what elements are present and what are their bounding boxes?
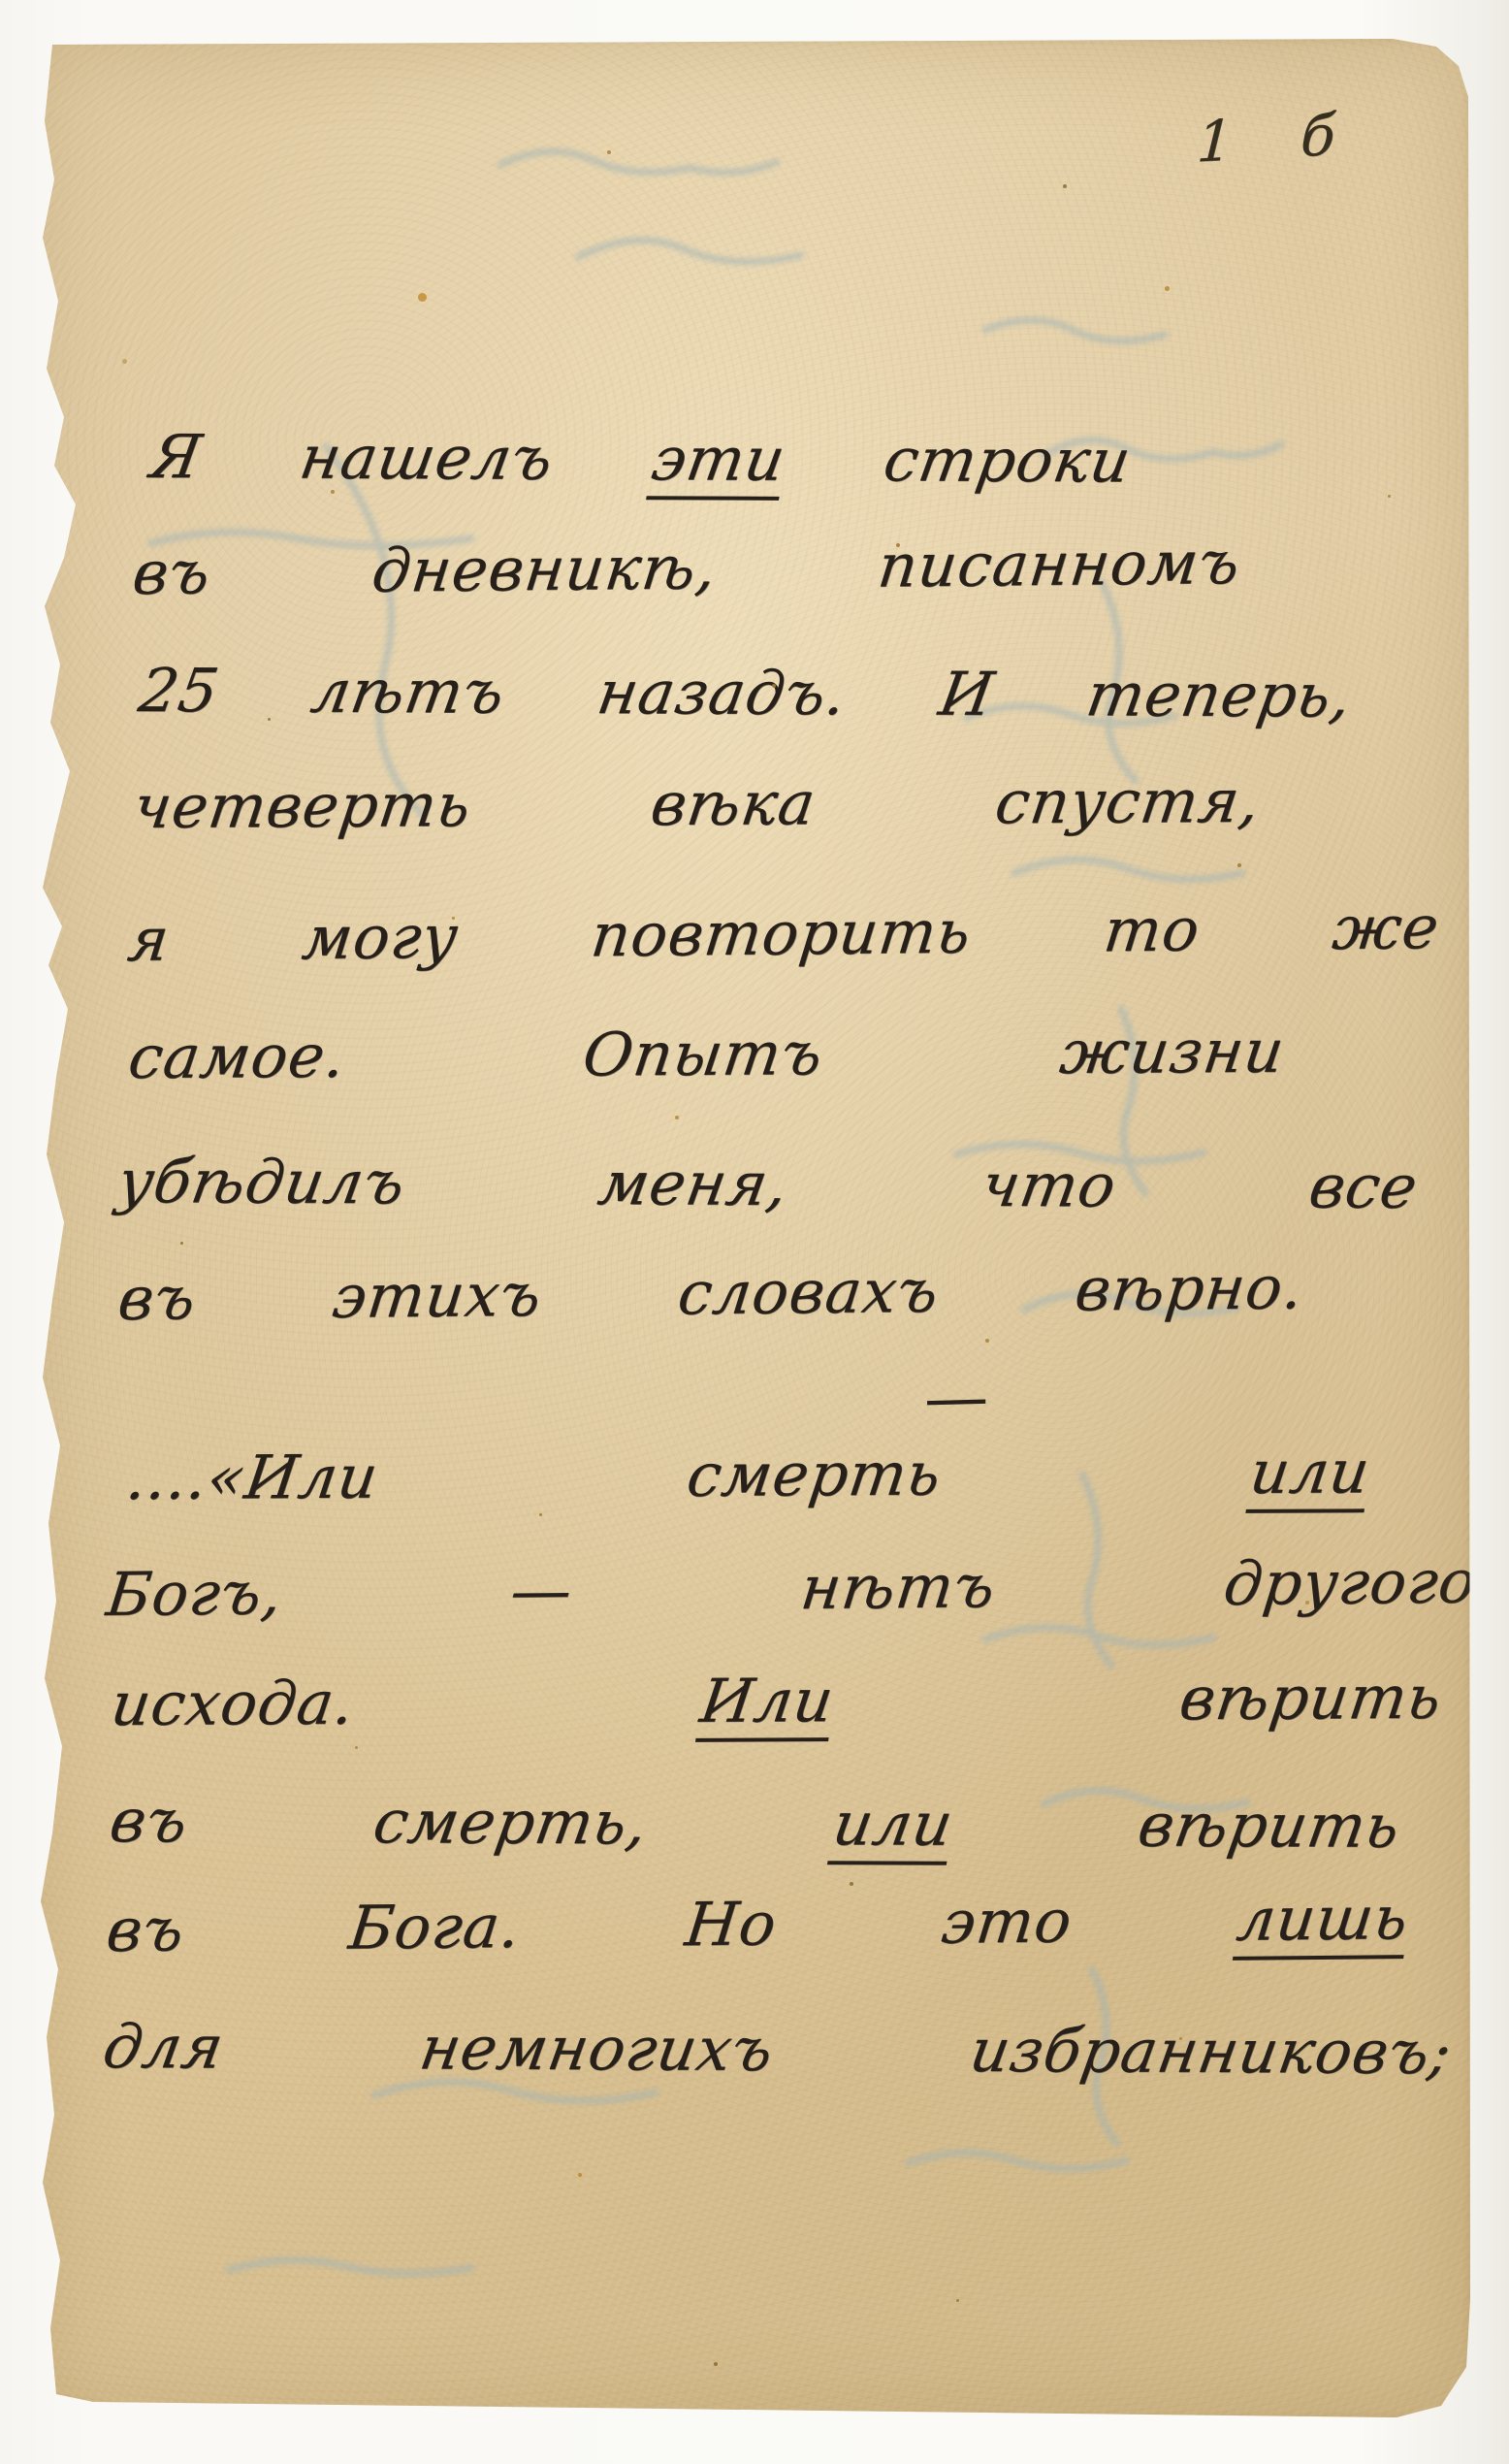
paper-freckle (418, 293, 427, 302)
handwritten-word: эти (646, 423, 790, 501)
handwritten-word: вѣрить (829, 1662, 1447, 1735)
manuscript-line: самое. Опытъ жизни (124, 1014, 1289, 1095)
handwritten-word: исхода. (107, 1666, 706, 1739)
paragraph-dash: — (887, 1358, 1025, 1437)
paper-freckle (675, 1116, 679, 1119)
handwritten-word: четверть вѣка спустя, (129, 765, 1265, 842)
paper-freckle (539, 1513, 542, 1516)
handwritten-word: я могу повторить то же (124, 892, 1443, 975)
paper-freckle (578, 2173, 582, 2177)
manuscript-line: для немногихъ избранниковъ; (98, 2009, 1458, 2091)
paper-freckle (1388, 495, 1391, 498)
handwritten-word: въ смерть, (105, 1785, 840, 1859)
handwritten-word: самое. Опытъ жизни (124, 1016, 1289, 1092)
handwritten-word: въ дневникѣ, писанномъ (129, 527, 1244, 608)
paper-freckle (714, 2362, 718, 2366)
paper-freckle (985, 1339, 989, 1343)
manuscript-line: убѣдилъ меня, что все (112, 1144, 1424, 1224)
manuscript-line: въ Бога. Но это лишь (103, 1880, 1412, 1967)
handwritten-word: строки (779, 424, 1136, 497)
manuscript-line: Я нашелъ эти строки (145, 419, 1137, 499)
paper-freckle (180, 1242, 183, 1245)
manuscript-line: 25 лѣтъ назадъ. И теперь, (134, 653, 1358, 733)
handwritten-word: Я нашелъ (145, 421, 658, 494)
handwritten-word: убѣдилъ меня, что все (112, 1146, 1423, 1222)
paper-freckle (956, 2299, 959, 2302)
handwritten-word: въ Бога. Но это (103, 1884, 1241, 1965)
handwritten-word: или (1245, 1436, 1374, 1513)
manuscript-line: я могу повторить то же (124, 890, 1443, 977)
paper-freckle (1237, 863, 1241, 867)
manuscript-line: исхода. Или вѣрить (107, 1660, 1446, 1742)
manuscript-line: въ этихъ словахъ вѣрно. (114, 1249, 1307, 1336)
paper-freckle (355, 1746, 358, 1749)
manuscript-line: въ дневникѣ, писанномъ (129, 525, 1244, 610)
paper-freckle (607, 150, 611, 154)
handwritten-word: 25 лѣтъ назадъ. И теперь, (134, 655, 1357, 730)
manuscript-line: ....«Или смерть или (122, 1434, 1374, 1515)
handwritten-word: вѣрить (947, 1789, 1405, 1862)
page-number: 1 б (1195, 100, 1362, 175)
paper-freckle (1165, 286, 1170, 291)
manuscript-line: въ смерть, или вѣрить (105, 1783, 1406, 1864)
paper-freckle (122, 359, 127, 364)
manuscript-line: четверть вѣка спустя, (129, 763, 1265, 845)
handwritten-word: въ этихъ словахъ вѣрно. (114, 1251, 1307, 1334)
handwritten-word: Богъ, — нѣтъ другого (103, 1545, 1480, 1630)
handwritten-word: для немногихъ избранниковъ; (98, 2011, 1457, 2088)
handwritten-word: ....«Или смерть (122, 1437, 1255, 1513)
manuscript-line: Богъ, — нѣтъ другого (103, 1543, 1480, 1632)
manuscript-page: 1 б Я нашелъ эти строки въ дневникѣ, пис… (35, 39, 1470, 2420)
paper-freckle (1063, 184, 1067, 188)
handwritten-word: или (827, 1788, 958, 1865)
handwritten-word: Или (695, 1665, 838, 1742)
handwritten-word: лишь (1233, 1882, 1412, 1961)
